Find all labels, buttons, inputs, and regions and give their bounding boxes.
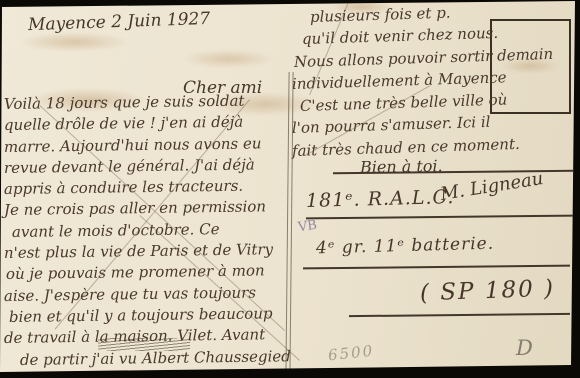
address-line-battery: 4ᵉ gr. 11ᵉ batterie. <box>316 234 495 259</box>
pencil-mark-letter: D <box>516 336 533 360</box>
address-rule-line <box>306 215 578 219</box>
dateline: Mayence 2 Juin 1927 <box>28 9 211 35</box>
address-rule-line <box>349 313 570 317</box>
postcard-back: Mayence 2 Juin 1927 Cher ami Voilà 18 jo… <box>0 0 580 378</box>
paper-stain <box>182 50 274 68</box>
pencil-mark-number: 6500 <box>327 342 375 365</box>
postcard-photo: Mayence 2 Juin 1927 Cher ami Voilà 18 jo… <box>0 0 580 378</box>
scribble-strike <box>98 338 190 351</box>
address-line-sector: ( SP 180 ) <box>420 276 556 307</box>
pencil-mark-vb: VB <box>297 218 318 235</box>
message-left-column: Voilà 18 jours que je suis soldat quelle… <box>4 94 304 371</box>
signature: M. Ligneau <box>439 168 545 205</box>
address-line-unit: 181ᵉ. R.A.L.C. <box>306 186 455 212</box>
paper-stain <box>18 32 130 52</box>
address-rule-line <box>303 265 570 269</box>
closing: Bien à toi. <box>360 156 443 176</box>
